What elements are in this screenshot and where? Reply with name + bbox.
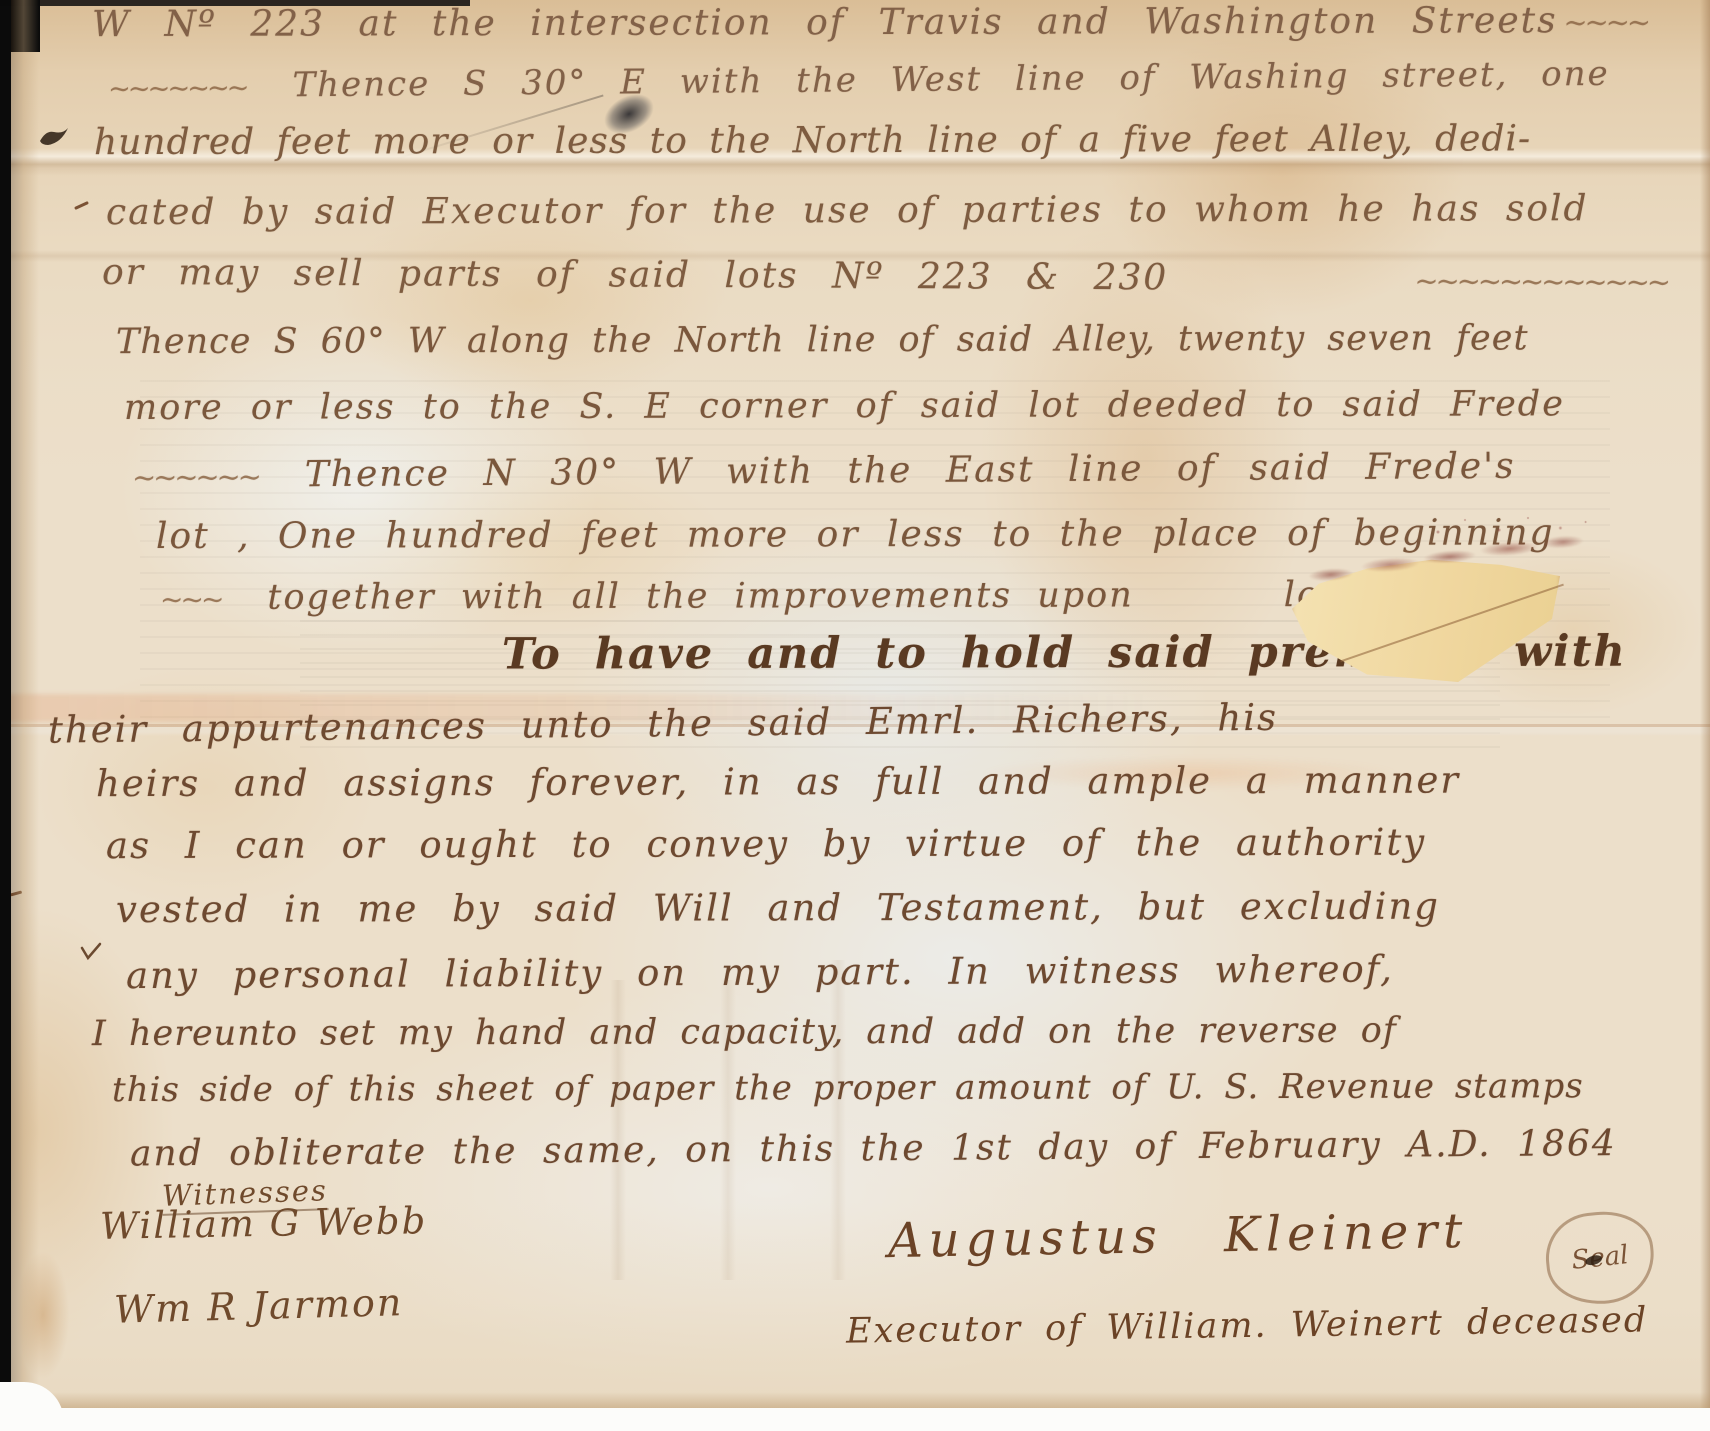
line-text: or may sell parts of said lots Nº 223 & … — [102, 252, 1168, 299]
handwritten-line: as I can or ought to convey by virtue of… — [106, 820, 1692, 867]
handwritten-line: and obliterate the same, on this the 1st… — [130, 1123, 1692, 1175]
scan-background-bottom — [0, 1408, 1710, 1431]
line-text: vested in me by said Will and Testament,… — [116, 885, 1440, 931]
paper-edge-left — [11, 0, 39, 1400]
line-text: and obliterate the same, on this the 1st… — [130, 1123, 1617, 1174]
ink-checkmark — [80, 942, 102, 966]
line-text: To have and to hold said premises with — [502, 627, 1627, 680]
handwritten-line: cated by said Executor for the use of pa… — [106, 188, 1692, 233]
handwritten-line: To have and to hold said premises with — [502, 626, 1692, 679]
ink-dash — [10, 890, 22, 896]
handwritten-line: this side of this sheet of paper the pro… — [112, 1066, 1692, 1110]
witness-signature: William G Webb — [100, 1199, 428, 1248]
vertical-crease — [830, 960, 846, 1280]
flourish-squiggle: ~~~~~~ — [132, 460, 259, 495]
handwritten-line: their appurtenances unto the said Emrl. … — [48, 691, 1692, 751]
scan-corner-top-left — [0, 0, 40, 52]
handwritten-line: ~~~~~~~Thence S 30° E with the West line… — [108, 53, 1692, 107]
signer-signature: Augustus Kleinert — [888, 1203, 1469, 1269]
ink-checkmark — [36, 126, 72, 154]
line-text: heirs and assigns forever, in as full an… — [96, 759, 1460, 806]
handwritten-line: vested in me by said Will and Testament,… — [116, 884, 1692, 931]
handwritten-line: or may sell parts of said lots Nº 223 & … — [102, 252, 1692, 301]
line-text: hundred feet more or less to the North l… — [94, 118, 1531, 163]
corner-stain — [8, 1230, 78, 1400]
signer-title: Executor of William. Weinert deceased — [846, 1300, 1649, 1351]
witness-signature: Wm R Jarmon — [113, 1280, 403, 1332]
paper-edge-right — [1700, 0, 1710, 1431]
line-text-after-tear: lot. — [1284, 575, 1350, 615]
hand-drawn-seal: Seal — [1541, 1207, 1658, 1310]
handwritten-line: lot , One hundred feet more or less to t… — [156, 512, 1692, 557]
handwritten-line: Thence S 60° W along the North line of s… — [116, 318, 1692, 362]
paper-edge-bottom — [0, 1392, 1710, 1408]
flourish-squiggle: ~~~~~~~ — [108, 73, 247, 105]
handwritten-line: ~~~together with all the improvements up… — [160, 574, 1692, 618]
line-text: more or less to the S. E corner of said … — [124, 384, 1565, 428]
line-text: I hereunto set my hand and capacity, and… — [92, 1011, 1397, 1054]
line-text: Thence N 30° W with the East line of sai… — [305, 446, 1516, 495]
handwritten-line: heirs and assigns forever, in as full an… — [96, 758, 1692, 805]
handwritten-line: W Nº 223 at the intersection of Travis a… — [92, 0, 1692, 45]
flourish-squiggle: ~~~ — [160, 583, 221, 616]
handwritten-line: any personal liability on my part. In wi… — [126, 946, 1692, 997]
line-text: Thence S 60° W along the North line of s… — [116, 318, 1529, 362]
scan-corner-bottom-left — [0, 1382, 64, 1431]
handwritten-line: hundred feet more or less to the North l… — [94, 118, 1692, 163]
line-text: together with all the improvements upon — [267, 575, 1133, 617]
scan-edge-left — [0, 40, 11, 1385]
document-page: W Nº 223 at the intersection of Travis a… — [0, 0, 1710, 1431]
line-text: their appurtenances unto the said Emrl. … — [48, 696, 1278, 752]
line-text: this side of this sheet of paper the pro… — [112, 1066, 1584, 1110]
handwritten-line: ~~~~~~Thence N 30° W with the East line … — [132, 445, 1692, 497]
ink-dash — [74, 201, 89, 210]
line-text: cated by said Executor for the use of pa… — [106, 188, 1589, 233]
line-text: as I can or ought to convey by virtue of… — [106, 821, 1426, 867]
line-text: lot , One hundred feet more or less to t… — [156, 512, 1555, 557]
line-text: Thence S 30° E with the West line of Was… — [292, 54, 1609, 105]
handwritten-line: more or less to the S. E corner of said … — [124, 384, 1692, 428]
handwritten-line: I hereunto set my hand and capacity, and… — [92, 1010, 1692, 1054]
flourish-squiggle: ~~~~~~~~~~~~ — [1414, 264, 1668, 299]
line-text: any personal liability on my part. In wi… — [126, 947, 1394, 997]
flourish-squiggle: ~~~~ — [1563, 5, 1648, 39]
line-text: W Nº 223 at the intersection of Travis a… — [92, 0, 1558, 45]
